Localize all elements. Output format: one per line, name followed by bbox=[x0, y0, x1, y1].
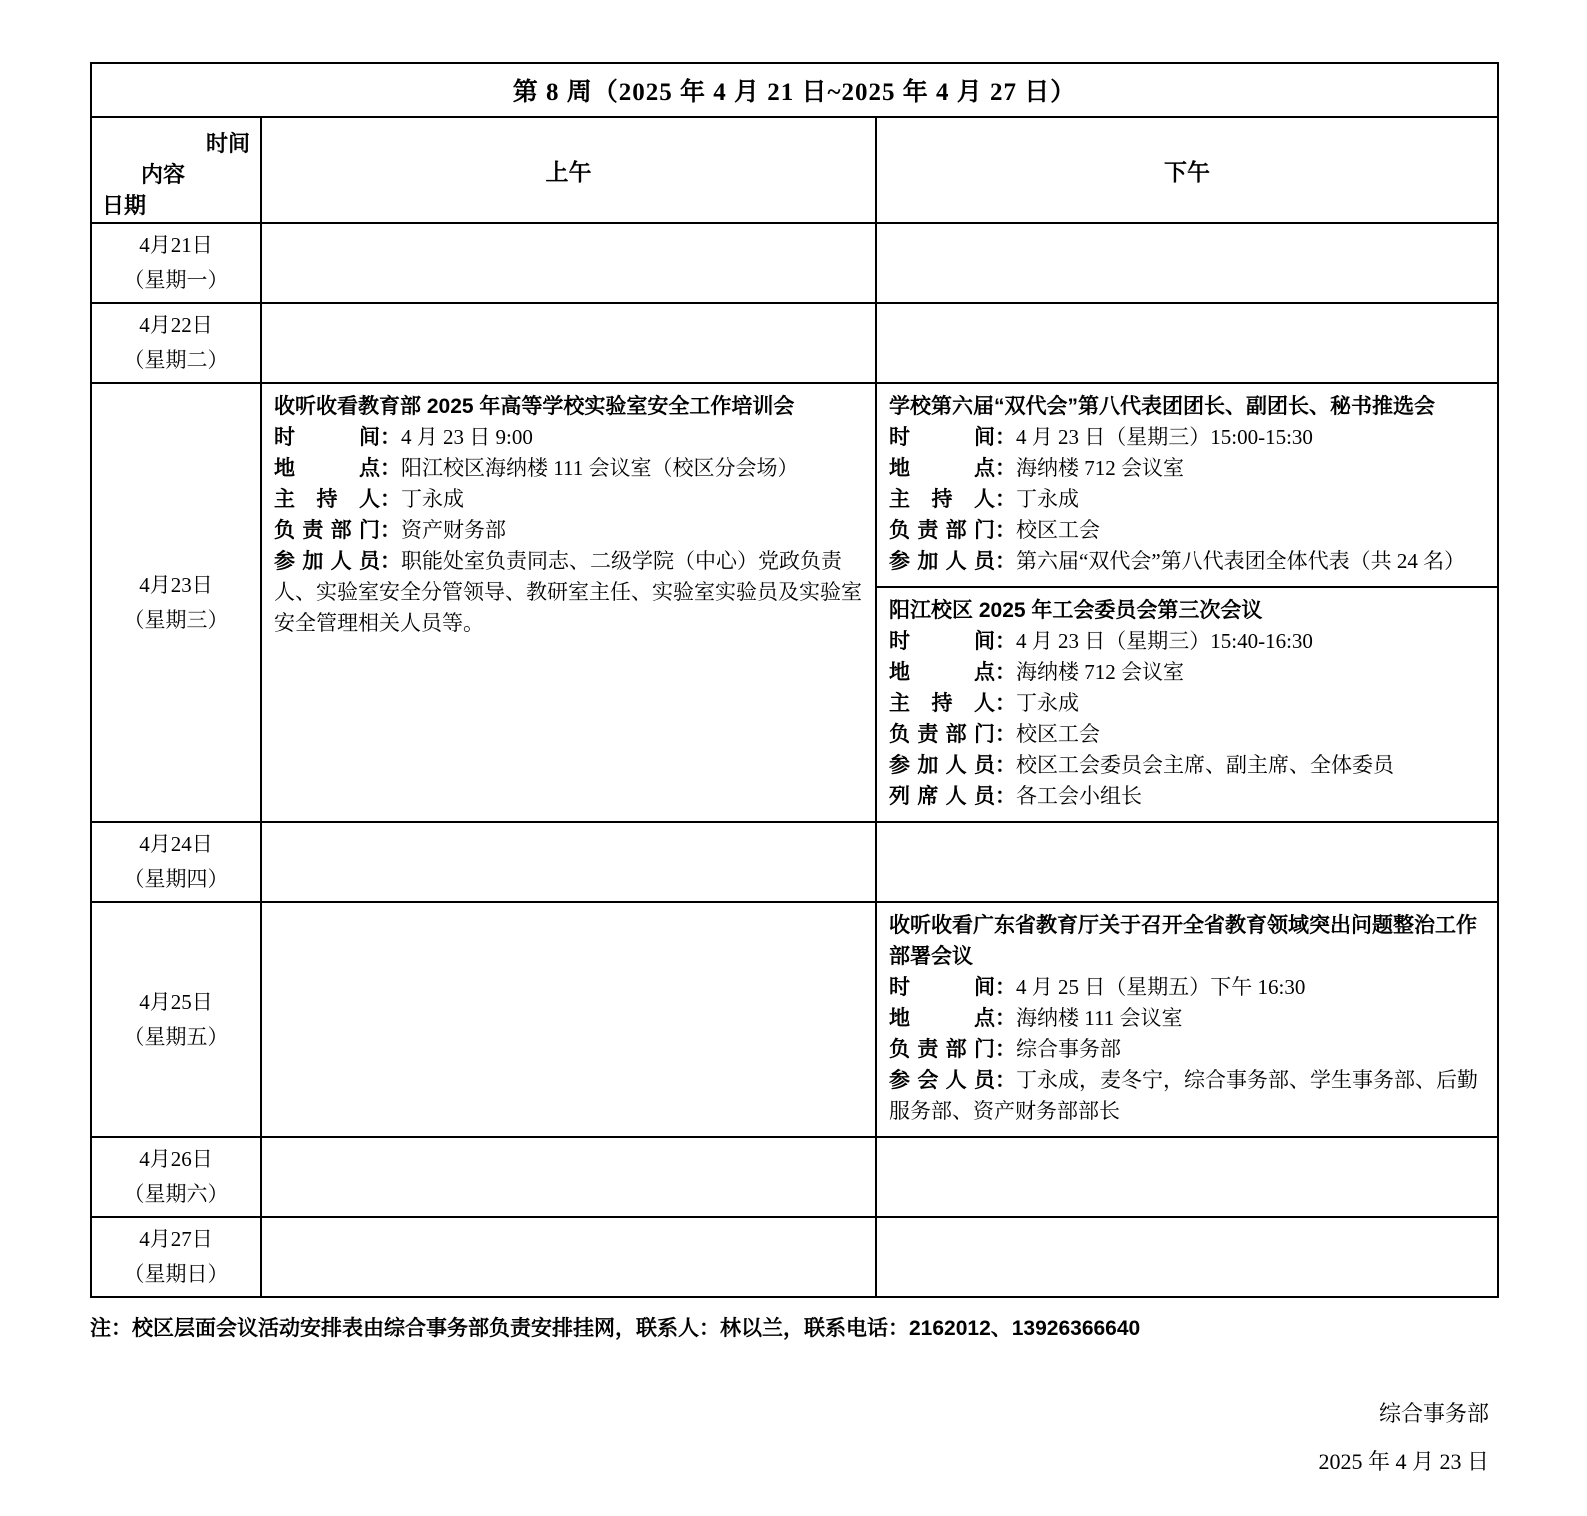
detail-label: 时间 bbox=[889, 422, 995, 453]
date-cell: 4月21日（星期一） bbox=[91, 223, 261, 303]
weekday-text: （星期一） bbox=[94, 263, 258, 298]
detail-label: 参加人员 bbox=[889, 546, 995, 577]
detail-value: 海纳楼 712 会议室 bbox=[1016, 456, 1184, 480]
date-cell: 4月27日（星期日） bbox=[91, 1217, 261, 1297]
table-row: 4月24日（星期四） bbox=[91, 822, 1498, 902]
signature-block: 综合事务部 2025 年 4 月 23 日 bbox=[90, 1390, 1497, 1486]
corner-label-time: 时间 bbox=[206, 127, 250, 158]
signature-department: 综合事务部 bbox=[90, 1390, 1489, 1438]
detail-value: 校区工会委员会主席、副主席、全体委员 bbox=[1016, 753, 1394, 777]
detail-colon: ： bbox=[995, 1038, 1016, 1061]
meeting: 收听收看教育部 2025 年高等学校实验室安全工作培训会时间：4 月 23 日 … bbox=[262, 384, 875, 648]
weekday-text: （星期三） bbox=[94, 603, 258, 638]
date-text: 4月22日 bbox=[94, 308, 258, 343]
detail-colon: ： bbox=[995, 754, 1016, 777]
corner-label-content: 内容 bbox=[141, 158, 185, 189]
meeting-detail: 地点：阳江校区海纳楼 111 会议室（校区分会场） bbox=[274, 453, 863, 484]
detail-label: 负责部门 bbox=[889, 515, 995, 546]
detail-value: 丁永成 bbox=[1016, 487, 1079, 511]
meeting-detail: 时间：4 月 25 日（星期五）下午 16:30 bbox=[889, 972, 1485, 1003]
afternoon-cell bbox=[876, 1137, 1498, 1217]
date-cell: 4月25日（星期五） bbox=[91, 902, 261, 1137]
column-header-morning: 上午 bbox=[261, 117, 876, 223]
detail-colon: ： bbox=[380, 426, 401, 449]
date-cell: 4月22日（星期二） bbox=[91, 303, 261, 383]
detail-value: 综合事务部 bbox=[1016, 1037, 1121, 1061]
detail-colon: ： bbox=[380, 519, 401, 542]
afternoon-cell bbox=[876, 223, 1498, 303]
header-row: 时间 内容 日期 上午 下午 bbox=[91, 117, 1498, 223]
detail-value: 4 月 23 日 9:00 bbox=[401, 425, 533, 449]
meeting-detail: 参加人员：校区工会委员会主席、副主席、全体委员 bbox=[889, 750, 1485, 781]
date-cell: 4月26日（星期六） bbox=[91, 1137, 261, 1217]
table-row: 4月25日（星期五）收听收看广东省教育厅关于召开全省教育领域突出问题整治工作部署… bbox=[91, 902, 1498, 1137]
detail-colon: ： bbox=[995, 488, 1016, 511]
title-row: 第 8 周（2025 年 4 月 21 日~2025 年 4 月 27 日） bbox=[91, 63, 1498, 117]
meeting-title: 收听收看广东省教育厅关于召开全省教育领域突出问题整治工作部署会议 bbox=[889, 910, 1485, 972]
detail-value: 校区工会 bbox=[1016, 518, 1100, 542]
meeting-detail: 主持人：丁永成 bbox=[274, 484, 863, 515]
meeting-detail: 时间：4 月 23 日（星期三）15:40-16:30 bbox=[889, 626, 1485, 657]
detail-label: 负责部门 bbox=[889, 719, 995, 750]
detail-label: 时间 bbox=[889, 972, 995, 1003]
date-text: 4月24日 bbox=[94, 827, 258, 862]
morning-cell bbox=[261, 1217, 876, 1297]
detail-label: 参加人员 bbox=[889, 750, 995, 781]
morning-cell bbox=[261, 1137, 876, 1217]
detail-value: 海纳楼 111 会议室 bbox=[1016, 1006, 1182, 1030]
detail-label: 列席人员 bbox=[889, 781, 995, 812]
detail-value: 阳江校区海纳楼 111 会议室（校区分会场） bbox=[401, 456, 798, 480]
afternoon-cell bbox=[876, 1217, 1498, 1297]
meeting: 学校第六届“双代会”第八代表团团长、副团长、秘书推选会时间：4 月 23 日（星… bbox=[877, 384, 1497, 586]
detail-colon: ： bbox=[380, 550, 401, 573]
detail-colon: ： bbox=[995, 426, 1016, 449]
schedule-table: 第 8 周（2025 年 4 月 21 日~2025 年 4 月 27 日） 时… bbox=[90, 62, 1499, 1298]
corner-label-date: 日期 bbox=[102, 189, 146, 220]
footer-note: 注：校区层面会议活动安排表由综合事务部负责安排挂网，联系人：林以兰，联系电话：2… bbox=[90, 1314, 1497, 1344]
detail-label: 主持人 bbox=[889, 688, 995, 719]
detail-colon: ： bbox=[995, 1069, 1016, 1092]
meeting: 阳江校区 2025 年工会委员会第三次会议时间：4 月 23 日（星期三）15:… bbox=[877, 586, 1497, 821]
detail-value: 资产财务部 bbox=[401, 518, 506, 542]
meeting-detail: 时间：4 月 23 日（星期三）15:00-15:30 bbox=[889, 422, 1485, 453]
meeting-detail: 主持人：丁永成 bbox=[889, 688, 1485, 719]
table-row: 4月23日（星期三）收听收看教育部 2025 年高等学校实验室安全工作培训会时间… bbox=[91, 383, 1498, 822]
schedule-body: 4月21日（星期一）4月22日（星期二）4月23日（星期三）收听收看教育部 20… bbox=[91, 223, 1498, 1297]
detail-value: 第六届“双代会”第八代表团全体代表（共 24 名） bbox=[1016, 549, 1465, 573]
detail-label: 地点 bbox=[889, 453, 995, 484]
weekday-text: （星期二） bbox=[94, 343, 258, 378]
detail-colon: ： bbox=[995, 785, 1016, 808]
corner-cell: 时间 内容 日期 bbox=[91, 117, 261, 223]
date-text: 4月27日 bbox=[94, 1222, 258, 1257]
signature-date: 2025 年 4 月 23 日 bbox=[90, 1438, 1489, 1486]
detail-colon: ： bbox=[995, 661, 1016, 684]
document-page: 第 8 周（2025 年 4 月 21 日~2025 年 4 月 27 日） 时… bbox=[0, 0, 1587, 1516]
detail-label: 主持人 bbox=[889, 484, 995, 515]
detail-colon: ： bbox=[995, 976, 1016, 999]
meeting: 收听收看广东省教育厅关于召开全省教育领域突出问题整治工作部署会议时间：4 月 2… bbox=[877, 903, 1497, 1136]
detail-value: 4 月 23 日（星期三）15:40-16:30 bbox=[1016, 629, 1313, 653]
corner-labels: 时间 内容 日期 bbox=[92, 119, 260, 221]
detail-value: 4 月 25 日（星期五）下午 16:30 bbox=[1016, 975, 1305, 999]
meeting-detail: 负责部门：校区工会 bbox=[889, 719, 1485, 750]
detail-label: 时间 bbox=[889, 626, 995, 657]
meeting-detail: 地点：海纳楼 712 会议室 bbox=[889, 453, 1485, 484]
table-row: 4月22日（星期二） bbox=[91, 303, 1498, 383]
detail-label: 地点 bbox=[889, 1003, 995, 1034]
meeting-detail: 参加人员：职能处室负责同志、二级学院（中心）党政负责人、实验室安全分管领导、教研… bbox=[274, 546, 863, 639]
meeting-detail: 主持人：丁永成 bbox=[889, 484, 1485, 515]
detail-value: 4 月 23 日（星期三）15:00-15:30 bbox=[1016, 425, 1313, 449]
detail-colon: ： bbox=[380, 488, 401, 511]
column-header-afternoon: 下午 bbox=[876, 117, 1498, 223]
meeting-detail: 列席人员：各工会小组长 bbox=[889, 781, 1485, 812]
detail-value: 各工会小组长 bbox=[1016, 784, 1142, 808]
table-title: 第 8 周（2025 年 4 月 21 日~2025 年 4 月 27 日） bbox=[91, 63, 1498, 117]
morning-cell bbox=[261, 303, 876, 383]
date-cell: 4月24日（星期四） bbox=[91, 822, 261, 902]
detail-label: 地点 bbox=[274, 453, 380, 484]
detail-colon: ： bbox=[995, 519, 1016, 542]
meeting-title: 学校第六届“双代会”第八代表团团长、副团长、秘书推选会 bbox=[889, 391, 1485, 422]
meeting-detail: 参加人员：第六届“双代会”第八代表团全体代表（共 24 名） bbox=[889, 546, 1485, 577]
morning-cell bbox=[261, 223, 876, 303]
weekday-text: （星期六） bbox=[94, 1177, 258, 1212]
date-cell: 4月23日（星期三） bbox=[91, 383, 261, 822]
date-text: 4月21日 bbox=[94, 228, 258, 263]
detail-colon: ： bbox=[995, 1007, 1016, 1030]
morning-cell bbox=[261, 822, 876, 902]
detail-label: 负责部门 bbox=[274, 515, 380, 546]
detail-colon: ： bbox=[380, 457, 401, 480]
detail-value: 丁永成 bbox=[1016, 691, 1079, 715]
detail-label: 地点 bbox=[889, 657, 995, 688]
detail-value: 海纳楼 712 会议室 bbox=[1016, 660, 1184, 684]
detail-label: 参加人员 bbox=[274, 546, 380, 577]
weekday-text: （星期四） bbox=[94, 862, 258, 897]
table-row: 4月21日（星期一） bbox=[91, 223, 1498, 303]
detail-label: 主持人 bbox=[274, 484, 380, 515]
table-row: 4月26日（星期六） bbox=[91, 1137, 1498, 1217]
weekday-text: （星期五） bbox=[94, 1020, 258, 1055]
meeting-detail: 负责部门：校区工会 bbox=[889, 515, 1485, 546]
afternoon-cell bbox=[876, 303, 1498, 383]
morning-cell: 收听收看教育部 2025 年高等学校实验室安全工作培训会时间：4 月 23 日 … bbox=[261, 383, 876, 822]
detail-label: 负责部门 bbox=[889, 1034, 995, 1065]
detail-value: 校区工会 bbox=[1016, 722, 1100, 746]
afternoon-cell bbox=[876, 822, 1498, 902]
detail-colon: ： bbox=[995, 692, 1016, 715]
meeting-detail: 地点：海纳楼 712 会议室 bbox=[889, 657, 1485, 688]
meeting-detail: 负责部门：资产财务部 bbox=[274, 515, 863, 546]
table-row: 4月27日（星期日） bbox=[91, 1217, 1498, 1297]
meeting-title: 收听收看教育部 2025 年高等学校实验室安全工作培训会 bbox=[274, 391, 863, 422]
afternoon-cell: 学校第六届“双代会”第八代表团团长、副团长、秘书推选会时间：4 月 23 日（星… bbox=[876, 383, 1498, 822]
morning-cell bbox=[261, 902, 876, 1137]
detail-colon: ： bbox=[995, 457, 1016, 480]
afternoon-cell: 收听收看广东省教育厅关于召开全省教育领域突出问题整治工作部署会议时间：4 月 2… bbox=[876, 902, 1498, 1137]
weekday-text: （星期日） bbox=[94, 1257, 258, 1292]
meeting-detail: 地点：海纳楼 111 会议室 bbox=[889, 1003, 1485, 1034]
meeting-detail: 负责部门：综合事务部 bbox=[889, 1034, 1485, 1065]
meeting-title: 阳江校区 2025 年工会委员会第三次会议 bbox=[889, 595, 1485, 626]
meeting-detail: 时间：4 月 23 日 9:00 bbox=[274, 422, 863, 453]
date-text: 4月26日 bbox=[94, 1142, 258, 1177]
detail-label: 时间 bbox=[274, 422, 380, 453]
detail-colon: ： bbox=[995, 550, 1016, 573]
detail-label: 参会人员 bbox=[889, 1065, 995, 1096]
detail-colon: ： bbox=[995, 723, 1016, 746]
detail-colon: ： bbox=[995, 630, 1016, 653]
detail-value: 丁永成 bbox=[401, 487, 464, 511]
date-text: 4月23日 bbox=[94, 568, 258, 603]
meeting-detail: 参会人员：丁永成，麦冬宁，综合事务部、学生事务部、后勤服务部、资产财务部部长 bbox=[889, 1065, 1485, 1127]
date-text: 4月25日 bbox=[94, 985, 258, 1020]
